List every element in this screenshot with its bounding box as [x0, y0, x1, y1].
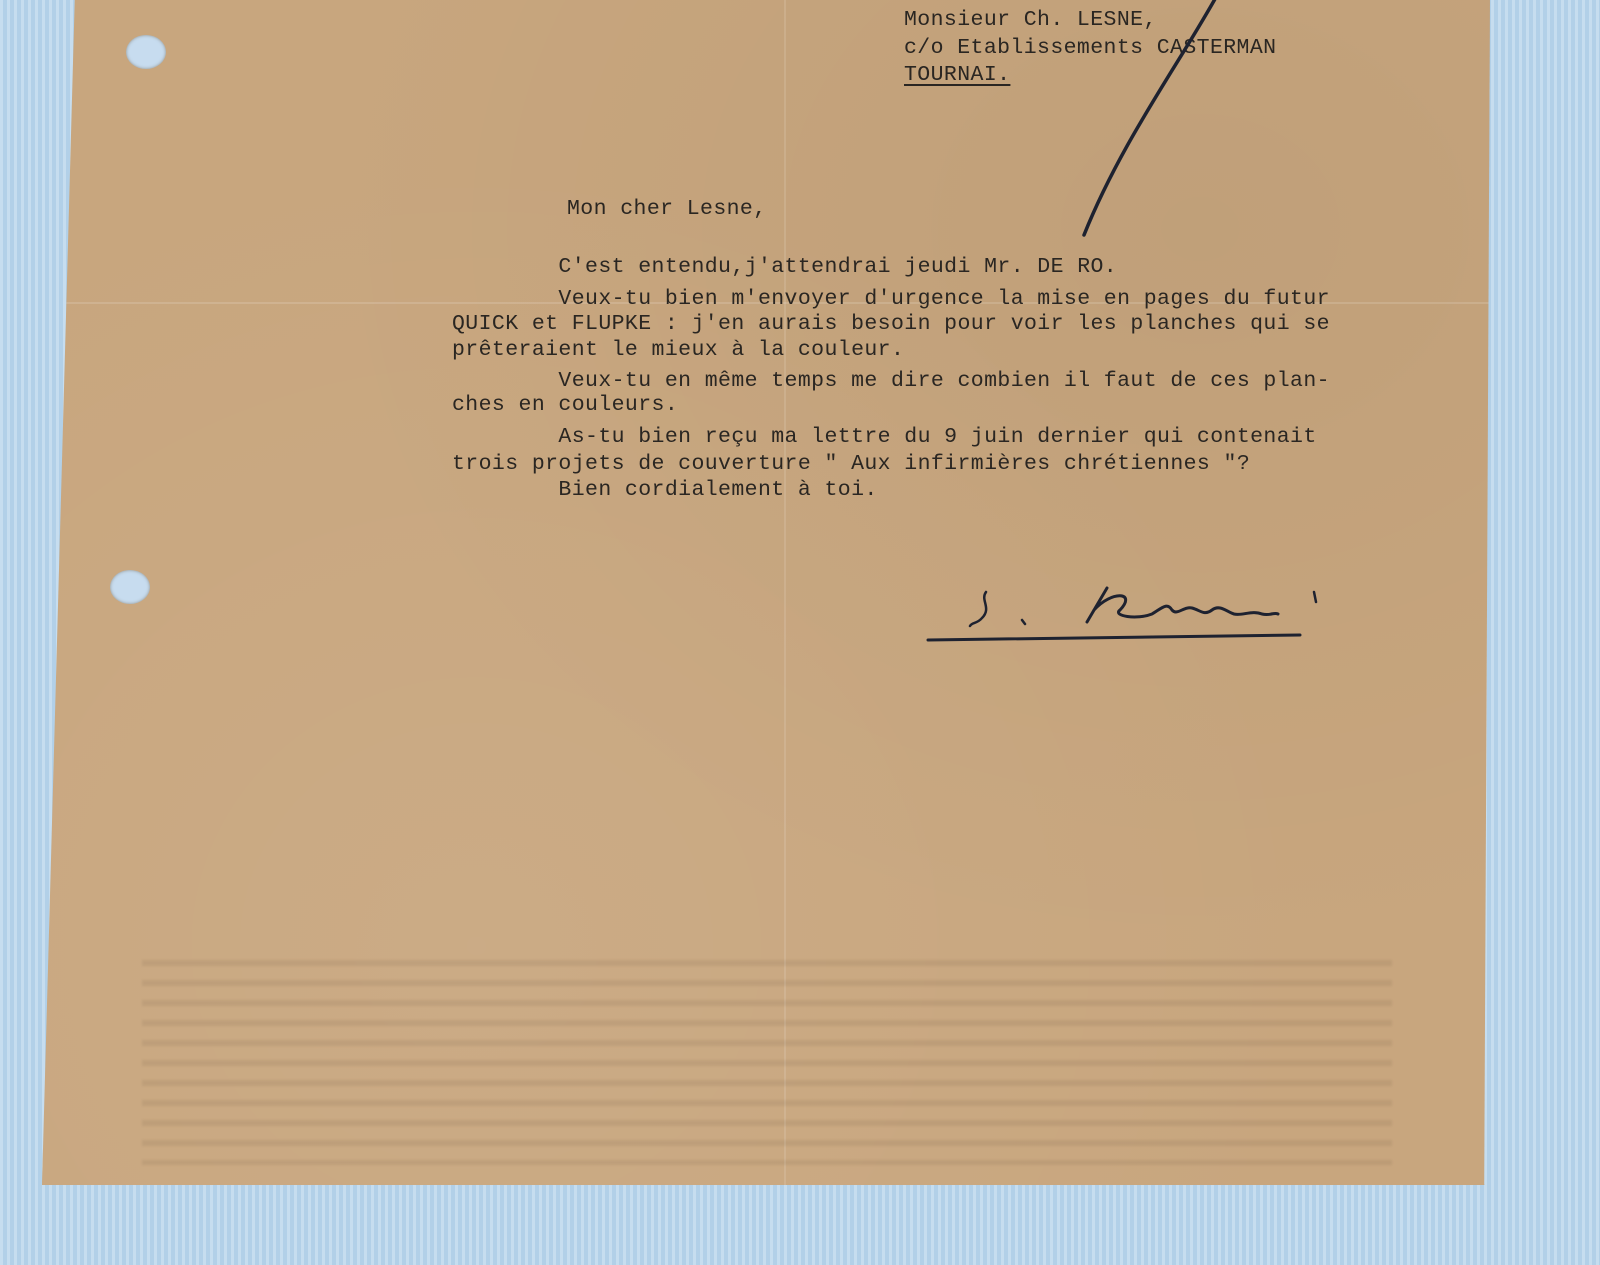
body-line: QUICK et FLUPKE : j'en aurais besoin pou…	[452, 311, 1330, 337]
letter-paper: Monsieur Ch. LESNE, c/o Etablissements C…	[42, 0, 1490, 1185]
body-line: prêteraient le mieux à la couleur.	[452, 337, 904, 363]
body-line: ches en couleurs.	[452, 392, 678, 418]
body-line: C'est entendu,j'attendrai jeudi Mr. DE R…	[452, 254, 1117, 280]
reverse-side-bleed-through-text	[142, 960, 1392, 1165]
pen-stroke-mark	[1072, 0, 1232, 250]
address-line-3: TOURNAI.	[904, 62, 1010, 88]
salutation: Mon cher Lesne,	[567, 196, 767, 222]
body-line: trois projets de couverture " Aux infirm…	[452, 451, 1250, 477]
body-line: As-tu bien reçu ma lettre du 9 juin dern…	[452, 424, 1317, 450]
handwritten-signature: G. Remi	[922, 570, 1342, 660]
body-line: Bien cordialement à toi.	[452, 477, 878, 503]
body-line: Veux-tu en même temps me dire combien il…	[452, 368, 1330, 394]
punch-hole-top	[126, 35, 166, 69]
body-line: Veux-tu bien m'envoyer d'urgence la mise…	[452, 286, 1330, 312]
punch-hole-middle	[110, 570, 150, 604]
